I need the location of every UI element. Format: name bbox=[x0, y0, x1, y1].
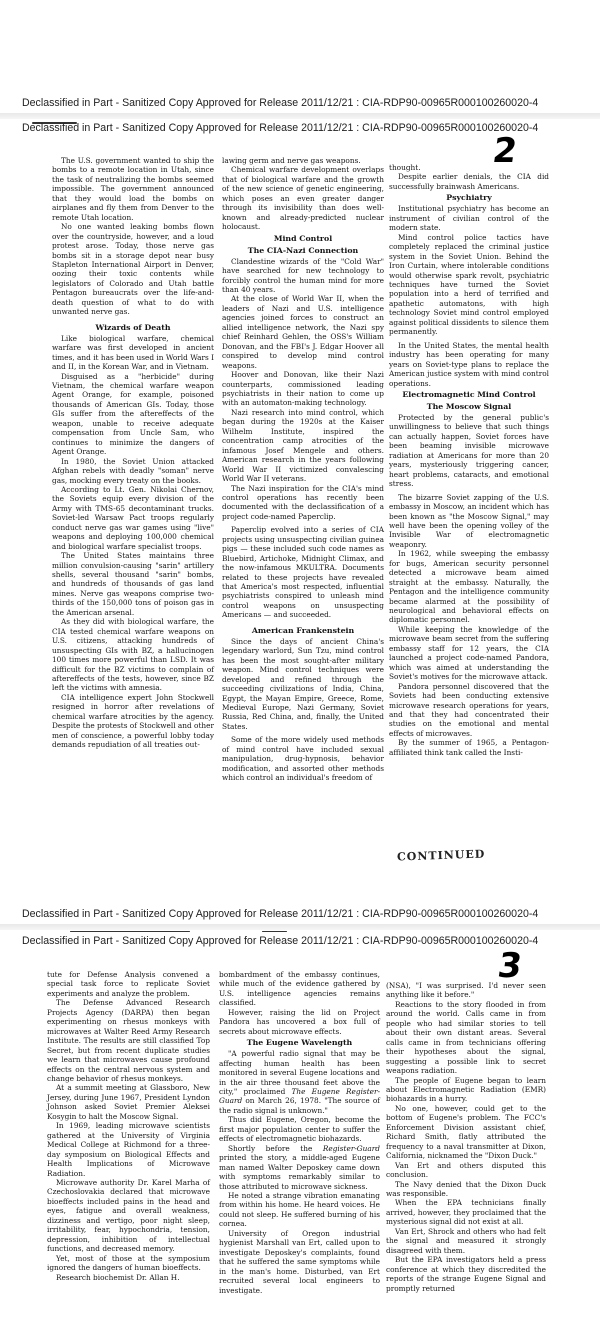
paragraph: Paperclip evolved into a series of CIA p… bbox=[222, 525, 384, 620]
paragraph: In 1962, while sweeping the embassy for … bbox=[389, 549, 549, 625]
paragraph: As they did with biological warfare, the… bbox=[52, 617, 214, 693]
paragraph: Disguised as a "herbicide" during Vietna… bbox=[52, 372, 214, 457]
paragraph: While keeping the knowledge of the micro… bbox=[389, 625, 549, 682]
paragraph: In 1969, leading microwave scientists ga… bbox=[47, 1121, 210, 1178]
paragraph: Despite earlier denials, the CIA did suc… bbox=[389, 172, 549, 191]
paragraph: Since the days of ancient China's legend… bbox=[222, 637, 384, 732]
scan-mark bbox=[262, 931, 287, 932]
paragraph: In 1980, the Soviet Union attacked Afgha… bbox=[52, 457, 214, 485]
paragraph: tute for Defense Analysis convened a spe… bbox=[47, 970, 210, 998]
paragraph: According to Lt. Gen. Nikolai Chernov, t… bbox=[52, 485, 214, 551]
section-heading: The Eugene Wavelength bbox=[219, 1038, 380, 1048]
quote-text: on March 26, 1978. "The source of the ra… bbox=[219, 1096, 380, 1114]
paragraph: The Nazi inspiration for the CIA's mind … bbox=[222, 484, 384, 522]
paragraph: Pandora personnel discovered that the So… bbox=[389, 682, 549, 739]
paragraph: No one wanted leaking bombs flown over t… bbox=[52, 222, 214, 317]
paragraph: CIA intelligence expert John Stockwell r… bbox=[52, 693, 214, 750]
paragraph: But the EPA investigators held a press c… bbox=[386, 1255, 546, 1293]
paragraph: Research biochemist Dr. Allan H. bbox=[47, 1273, 210, 1282]
paragraph: lawing germ and nerve gas weapons. bbox=[222, 156, 384, 165]
paragraph: Clandestine wizards of the "Cold War" ha… bbox=[222, 257, 384, 295]
paragraph: Thus did Eugene, Oregon, become the firs… bbox=[219, 1115, 380, 1143]
paragraph: He noted a strange vibration emanating f… bbox=[219, 1191, 380, 1229]
article-column-1: The U.S. government wanted to ship the b… bbox=[52, 156, 214, 750]
text-run: printed the story, a middle-aged Eugene … bbox=[219, 1153, 380, 1190]
paragraph: Yet, most of those at the symposium igno… bbox=[47, 1254, 210, 1273]
section-subheading: The CIA-Nazi Connection bbox=[222, 246, 384, 256]
paragraph: University of Oregon industrial hygienis… bbox=[219, 1229, 380, 1295]
paragraph: The bizarre Soviet zapping of the U.S. e… bbox=[389, 493, 549, 550]
section-subheading: The Moscow Signal bbox=[389, 402, 549, 412]
text-run: Shortly before the bbox=[228, 1144, 323, 1153]
paragraph: Nazi research into mind control, which b… bbox=[222, 408, 384, 484]
paragraph: The people of Eugene began to learn abou… bbox=[386, 1076, 546, 1104]
section-heading: American Frankenstein bbox=[222, 626, 384, 636]
paragraph: Van Ert, Shrock and others who had felt … bbox=[386, 1227, 546, 1255]
paragraph: No one, however, could get to the bottom… bbox=[386, 1104, 546, 1161]
paragraph: bombardment of the embassy continues, wh… bbox=[219, 970, 380, 1008]
newspaper-title: Register-Guard bbox=[323, 1144, 380, 1153]
article-column-3: thought. Despite earlier denials, the CI… bbox=[389, 163, 549, 757]
handwritten-page-number: 3 bbox=[495, 946, 524, 986]
document-page-2: Declassified in Part - Sanitized Copy Ap… bbox=[0, 119, 600, 894]
paragraph: Hoover and Donovan, like their Nazi coun… bbox=[222, 370, 384, 408]
paragraph: Some of the more widely used methods of … bbox=[222, 735, 384, 782]
paragraph: The Navy denied that the Dixon Duck was … bbox=[386, 1180, 546, 1199]
document-page-3: Declassified in Part - Sanitized Copy Ap… bbox=[0, 930, 600, 1333]
paragraph: Microwave authority Dr. Karel Marha of C… bbox=[47, 1178, 210, 1254]
paragraph: In the United States, the mental health … bbox=[389, 341, 549, 388]
declassification-stamp: Declassified in Part - Sanitized Copy Ap… bbox=[22, 97, 538, 109]
declassification-stamp: Declassified in Part - Sanitized Copy Ap… bbox=[22, 908, 538, 920]
continued-mark: CONTINUED bbox=[397, 847, 486, 863]
paragraph: The Defense Advanced Research Projects A… bbox=[47, 998, 210, 1083]
article-column-3: (NSA), "I was surprised. I'd never seen … bbox=[386, 981, 546, 1293]
paragraph: Chemical warfare development overlaps th… bbox=[222, 165, 384, 231]
paragraph: Mind control police tactics have complet… bbox=[389, 233, 549, 337]
paragraph: "A powerful radio signal that may be aff… bbox=[219, 1049, 380, 1115]
paragraph: (NSA), "I was surprised. I'd never seen … bbox=[386, 981, 546, 1000]
paragraph: When the EPA technicians finally arrived… bbox=[386, 1198, 546, 1226]
paragraph: Like biological warfare, chemical warfar… bbox=[52, 334, 214, 372]
paragraph: At the close of World War II, when the l… bbox=[222, 294, 384, 370]
article-column-1: tute for Defense Analysis convened a spe… bbox=[47, 970, 210, 1282]
paragraph: Protected by the general public's unwill… bbox=[389, 413, 549, 489]
section-heading: Psychiatry bbox=[389, 193, 549, 203]
paragraph: Institutional psychiatry has become an i… bbox=[389, 204, 549, 232]
paragraph: Shortly before the Register-Guard printe… bbox=[219, 1144, 380, 1191]
section-heading: Electromagnetic Mind Control bbox=[389, 390, 549, 400]
paragraph: The U.S. government wanted to ship the b… bbox=[52, 156, 214, 222]
blank-page-area bbox=[0, 0, 600, 92]
paragraph: At a summit meeting at Glassboro, New Je… bbox=[47, 1083, 210, 1121]
declassification-stamp: Declassified in Part - Sanitized Copy Ap… bbox=[22, 122, 538, 134]
paragraph: thought. bbox=[389, 163, 549, 172]
paragraph: Van Ert and others disputed this conclus… bbox=[386, 1161, 546, 1180]
article-column-2: lawing germ and nerve gas weapons. Chemi… bbox=[222, 156, 384, 783]
paragraph: However, raising the lid on Project Pand… bbox=[219, 1008, 380, 1036]
paragraph: The United States maintains three millio… bbox=[52, 551, 214, 617]
paragraph: Reactions to the story flooded in from a… bbox=[386, 1000, 546, 1076]
declassification-stamp: Declassified in Part - Sanitized Copy Ap… bbox=[22, 935, 538, 947]
section-heading: Wizards of Death bbox=[52, 323, 214, 333]
paragraph: By the summer of 1965, a Pentagon-affili… bbox=[389, 738, 549, 757]
section-heading: Mind Control bbox=[222, 234, 384, 244]
article-column-2: bombardment of the embassy continues, wh… bbox=[219, 970, 380, 1295]
scan-mark bbox=[70, 931, 190, 932]
